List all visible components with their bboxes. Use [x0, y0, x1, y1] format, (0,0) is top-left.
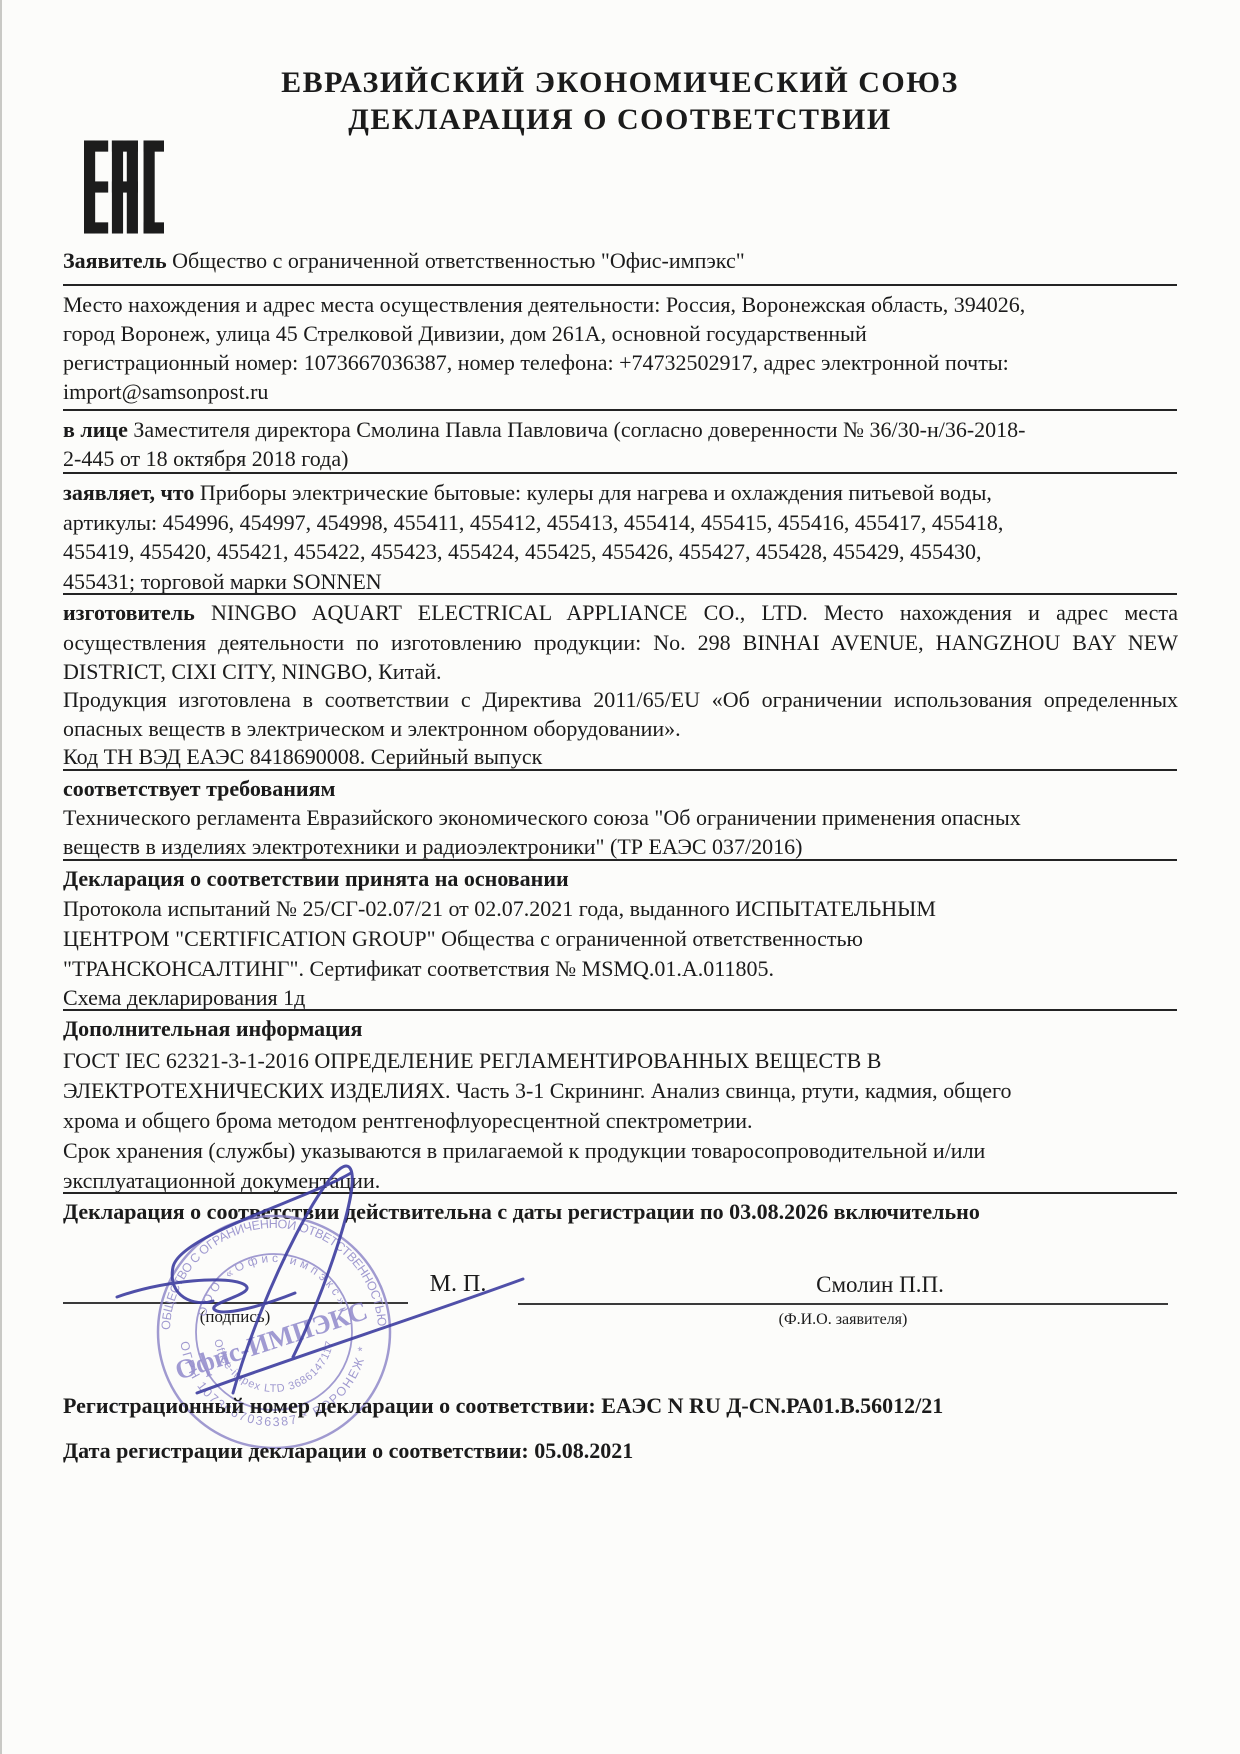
declares-row: заявляет, что Приборы электрические быто… [63, 478, 1178, 596]
document-title-line1: ЕВРАЗИЙСКИЙ ЭКОНОМИЧЕСКИЙ СОЮЗ [0, 66, 1240, 100]
section-divider [63, 472, 1177, 474]
registration-number-row: Регистрационный номер декларации о соотв… [63, 1391, 1178, 1420]
eac-mark-icon [84, 138, 164, 236]
in-person-row: в лице Заместителя директора Смолина Пав… [63, 416, 1178, 473]
section-divider [63, 769, 1177, 771]
applicant-value: Общество с ограниченной ответственностью… [172, 248, 745, 273]
basis-header: Декларация о соответствии принята на осн… [63, 864, 1178, 893]
in-person-value: Заместителя директора Смолина Павла Павл… [63, 417, 1026, 471]
manufacturer-row: изготовитель NINGBO AQUART ELECTRICAL AP… [63, 598, 1178, 687]
manufacturer-value: NINGBO AQUART ELECTRICAL APPLIANCE CO., … [63, 600, 1178, 684]
test-protocol-paragraph: Протокола испытаний № 25/СГ-02.07/21 от … [63, 894, 1178, 984]
tnved-code-row: Код ТН ВЭД ЕАЭС 8418690008. Серийный вып… [63, 742, 1178, 771]
signatory-name: Смолин П.П. [555, 1272, 1205, 1298]
section-divider [63, 409, 1177, 411]
signature-line [63, 1302, 408, 1304]
section-divider [63, 593, 1177, 595]
section-divider [63, 1009, 1177, 1011]
signatory-name-line [518, 1303, 1168, 1305]
declaration-document-page: ЕВРАЗИЙСКИЙ ЭКОНОМИЧЕСКИЙ СОЮЗ ДЕКЛАРАЦИ… [0, 0, 1240, 1754]
declaration-scheme-row: Схема декларирования 1д [63, 983, 1178, 1012]
signatory-caption: (Ф.И.О. заявителя) [518, 1311, 1168, 1329]
additional-info-header: Дополнительная информация [63, 1014, 1178, 1043]
applicant-label: Заявитель [63, 248, 167, 273]
stamp-inner-bottom-text: Office-impex LTD 3686147117 [211, 1338, 336, 1395]
section-divider [63, 1192, 1177, 1194]
validity-row: Декларация о соответствии действительна … [63, 1197, 1178, 1226]
section-divider [63, 284, 1177, 286]
section-divider [63, 859, 1177, 861]
complies-header: соответствует требованиям [63, 774, 1178, 803]
technical-regulation-paragraph: Технического регламента Евразийского эко… [63, 803, 1178, 861]
additional-info-paragraph: ГОСТ IEC 62321-3-1-2016 ОПРЕДЕЛЕНИЕ РЕГЛ… [63, 1046, 1178, 1196]
seal-place-label: М. П. [398, 1271, 518, 1298]
declares-label: заявляет, что [63, 480, 194, 505]
production-directive-paragraph: Продукция изготовлена в соответствии с Д… [63, 685, 1178, 743]
applicant-row: Заявитель Общество с ограниченной ответс… [63, 246, 1178, 275]
signature-caption: (подпись) [110, 1307, 360, 1327]
registration-date-row: Дата регистрации декларации о соответств… [63, 1436, 1178, 1465]
in-person-label: в лице [63, 417, 128, 442]
scan-edge-artifact [0, 0, 2, 1754]
manufacturer-label: изготовитель [63, 600, 195, 625]
svg-text:Office-impex LTD 3686147117: Office-impex LTD 3686147117 [211, 1338, 336, 1395]
document-title-line2: ДЕКЛАРАЦИЯ О СООТВЕТСТВИИ [0, 103, 1240, 137]
product-description: Приборы электрические бытовые: кулеры дл… [63, 480, 1003, 594]
applicant-address-paragraph: Место нахождения и адрес места осуществл… [63, 290, 1178, 406]
